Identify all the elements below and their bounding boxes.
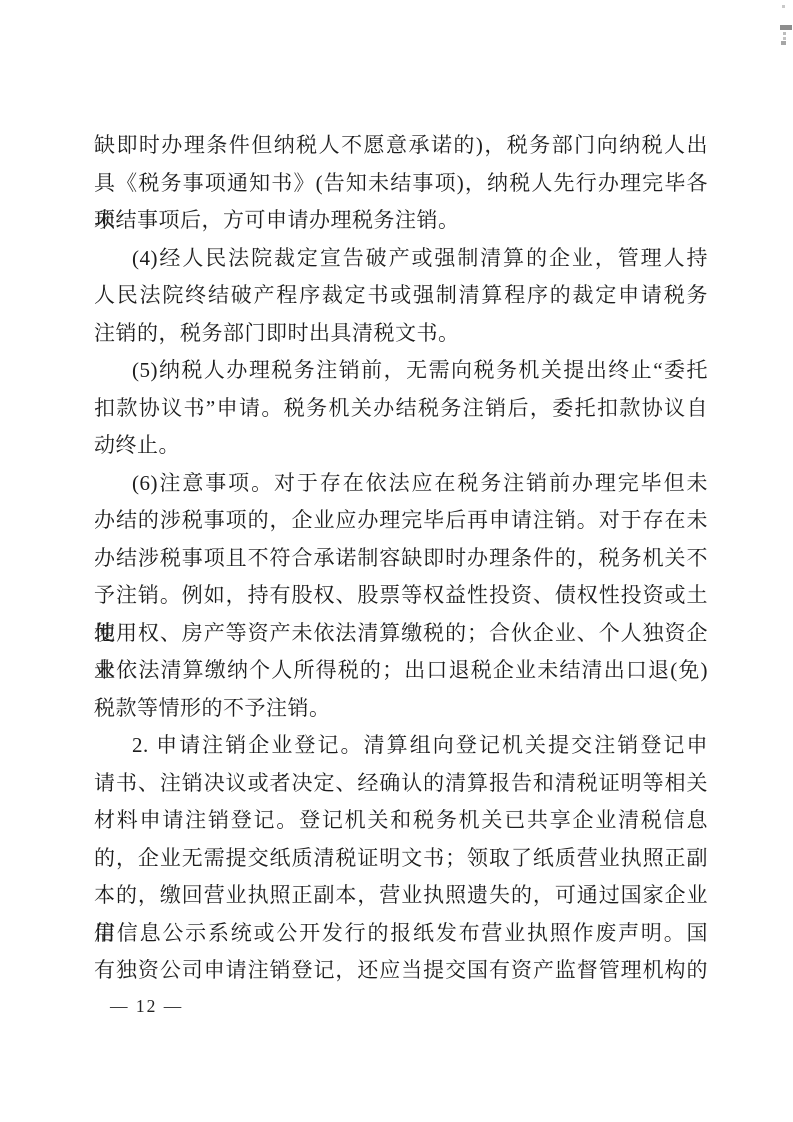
text-line: 有独资公司申请注销登记，还应当提交国有资产监督管理机构的	[94, 952, 708, 990]
text-line: 请书、注销决议或者决定、经确认的清算报告和清税证明等相关	[94, 765, 708, 803]
text-line: 具《税务事项通知书》(告知未结事项)，纳税人先行办理完毕各项	[94, 165, 708, 203]
text-line: 税款等情形的不予注销。	[94, 690, 708, 728]
text-line: 扣款协议书”申请。税务机关办结税务注销后，委托扣款协议自	[94, 390, 708, 428]
scan-artifact	[783, 32, 786, 35]
scan-artifact	[780, 25, 792, 30]
page-number: — 12 —	[110, 996, 183, 1017]
document-text: 缺即时办理条件但纳税人不愿意承诺的)，税务部门向纳税人出 具《税务事项通知书》(…	[94, 127, 708, 990]
text-line: (6)注意事项。对于存在依法应在税务注销前办理完毕但未	[94, 465, 708, 503]
document-page: 缺即时办理条件但纳税人不愿意承诺的)，税务部门向纳税人出 具《税务事项通知书》(…	[0, 0, 793, 1122]
text-line: 缺即时办理条件但纳税人不愿意承诺的)，税务部门向纳税人出	[94, 127, 708, 165]
text-line: 的，企业无需提交纸质清税证明文书；领取了纸质营业执照正副	[94, 840, 708, 878]
text-line: 予注销。例如，持有股权、股票等权益性投资、债权性投资或土地	[94, 577, 708, 615]
text-line: 注销的，税务部门即时出具清税文书。	[94, 315, 708, 353]
text-line: (5)纳税人办理税务注销前，无需向税务机关提出终止“委托	[94, 352, 708, 390]
text-line: 动终止。	[94, 427, 708, 465]
text-line: 办结涉税事项且不符合承诺制容缺即时办理条件的，税务机关不	[94, 540, 708, 578]
text-line: 用信息公示系统或公开发行的报纸发布营业执照作废声明。国	[94, 915, 708, 953]
text-line: 未结事项后，方可申请办理税务注销。	[94, 202, 708, 240]
text-line: 人民法院终结破产程序裁定书或强制清算程序的裁定申请税务	[94, 277, 708, 315]
text-line: 办结的涉税事项的，企业应办理完毕后再申请注销。对于存在未	[94, 502, 708, 540]
text-line: 2. 申请注销企业登记。清算组向登记机关提交注销登记申	[94, 727, 708, 765]
text-line: 使用权、房产等资产未依法清算缴税的；合伙企业、个人独资企业	[94, 615, 708, 653]
scan-artifact	[781, 41, 786, 45]
scan-artifact	[782, 5, 785, 8]
text-line: 材料申请注销登记。登记机关和税务机关已共享企业清税信息	[94, 802, 708, 840]
scan-artifact	[783, 37, 786, 40]
text-line: (4)经人民法院裁定宣告破产或强制清算的企业，管理人持	[94, 240, 708, 278]
text-line: 未依法清算缴纳个人所得税的；出口退税企业未结清出口退(免)	[94, 652, 708, 690]
text-line: 本的，缴回营业执照正副本，营业执照遗失的，可通过国家企业信	[94, 877, 708, 915]
